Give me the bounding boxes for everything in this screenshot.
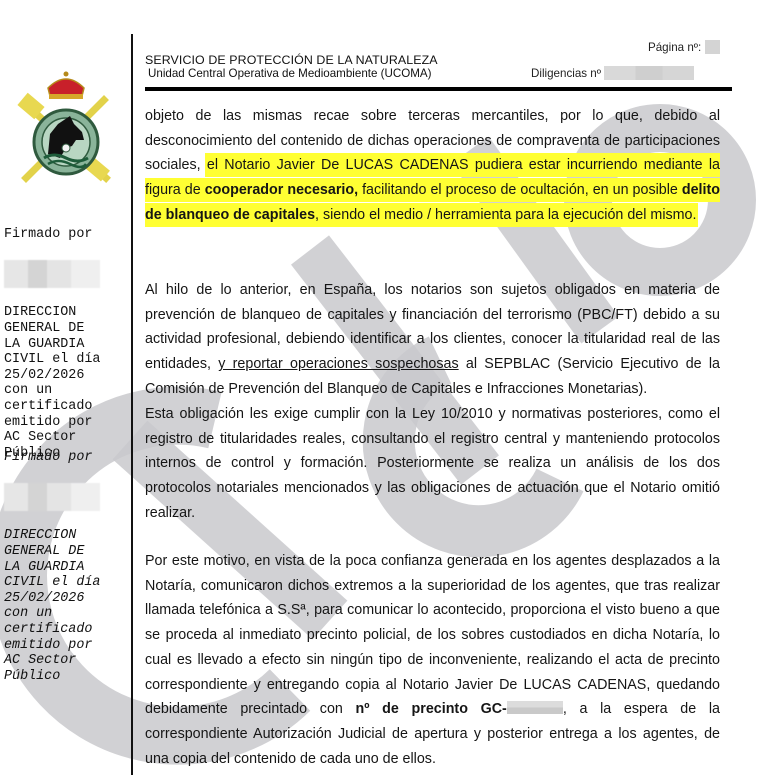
p3-text: Esta obligación les exige cumplir con la… (145, 402, 720, 526)
precinto-label: nº de precinto GC- (356, 701, 507, 717)
p2-underlined: y reportar operaciones sospechosas (218, 356, 458, 372)
signed-by-label: Firmado por (4, 227, 130, 243)
hl-text-3: , siendo el medio / herramienta para la … (315, 207, 696, 223)
highlighted-text: el Notario Javier De LUCAS CADENAS pudie… (145, 155, 720, 224)
redacted-diligencias-number (604, 66, 694, 80)
signature-details: DIRECCION GENERAL DE LA GUARDIA CIVIL el… (4, 528, 130, 684)
guardia-civil-emblem-icon (14, 66, 118, 186)
page-number-label: Página nº: (648, 41, 701, 54)
header-rule (145, 87, 732, 91)
diligencias-number: Diligencias nº (531, 66, 694, 80)
page-number: Página nº: (648, 40, 720, 54)
paragraph-3: Esta obligación les exige cumplir con la… (145, 402, 720, 526)
unit-name: Unidad Central Operativa de Medioambient… (148, 67, 432, 80)
digital-signature-block: Firmado por DIRECCION GENERAL DE LA GUAR… (4, 434, 130, 700)
signed-by-label: Firmado por (4, 450, 130, 466)
redacted-page-number (705, 40, 720, 54)
redacted-signer-name (4, 260, 100, 288)
paragraph-4: Por este motivo, en vista de la poca con… (145, 549, 720, 771)
redacted-precinto-number (507, 701, 563, 714)
p4-before: Por este motivo, en vista de la poca con… (145, 553, 720, 717)
signature-margin: Firmado por DIRECCION GENERAL DE LA GUAR… (0, 0, 131, 775)
redacted-signer-name (4, 483, 100, 511)
hl-text-2: facilitando el proceso de ocultación, en… (358, 182, 682, 198)
margin-divider (131, 34, 133, 775)
service-name: SERVICIO DE PROTECCIÓN DE LA NATURALEZA (145, 53, 438, 67)
diligencias-label: Diligencias nº (531, 67, 601, 80)
paragraph-1: objeto de las mismas recae sobre tercera… (145, 104, 720, 228)
hl-bold-cooperador: cooperador necesario, (205, 182, 358, 198)
paragraph-2: Al hilo de lo anterior, en España, los n… (145, 278, 720, 402)
